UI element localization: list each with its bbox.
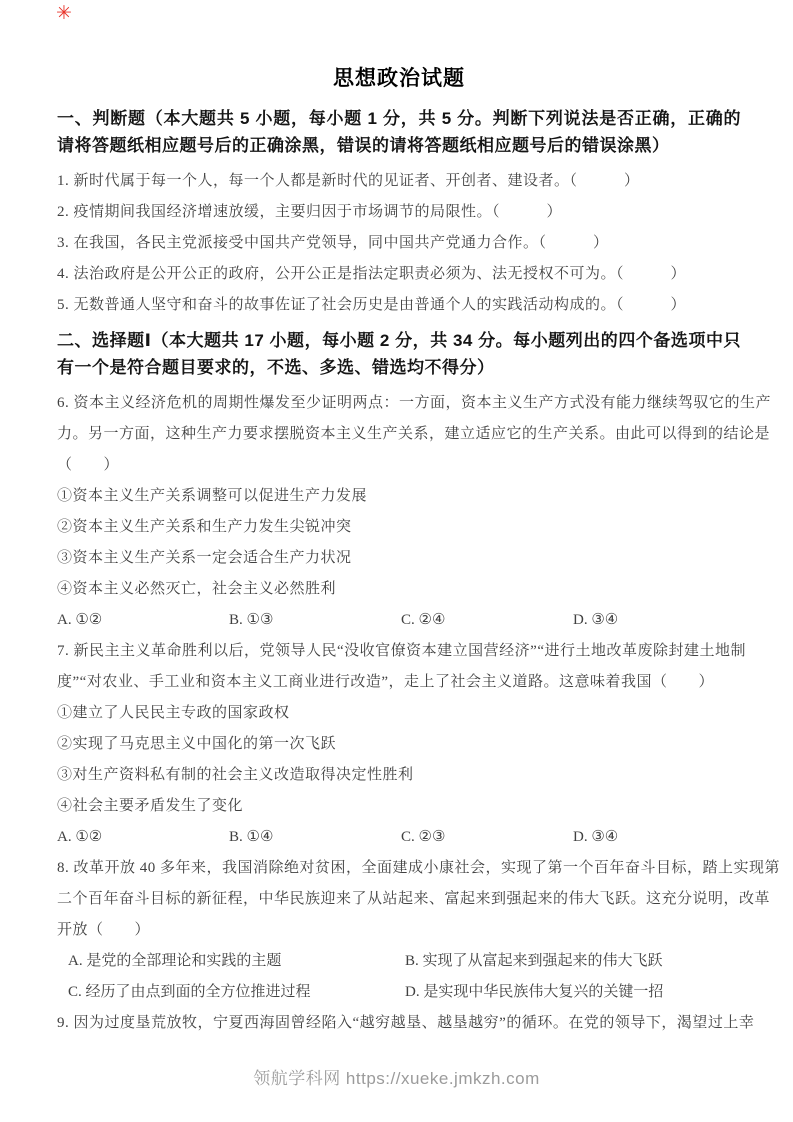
q6-numbered-4: ④资本主义必然灭亡，社会主义必然胜利 <box>57 580 741 598</box>
q7-option-a: A. ①② <box>57 828 229 846</box>
watermark-footer: 领航学科网 https://xueke.jmkzh.com <box>0 1068 793 1090</box>
q6-option-a: A. ①② <box>57 611 229 629</box>
q6-numbered-1: ①资本主义生产关系调整可以促进生产力发展 <box>57 487 741 505</box>
section-choice-heading: 二、选择题Ⅰ（本大题共 17 小题，每小题 2 分，共 34 分。每小题列出的四… <box>57 327 741 381</box>
q8-option-a: A. 是党的全部理论和实践的主题 <box>68 952 405 970</box>
judgment-item-5: 5. 无数普通人坚守和奋斗的故事佐证了社会历史是由普通个人的实践活动构成的。（ … <box>57 296 741 314</box>
q8-options-row-1: A. 是党的全部理论和实践的主题 B. 实现了从富起来到强起来的伟大飞跃 <box>57 952 741 970</box>
q6-option-d: D. ③④ <box>573 611 618 629</box>
q8-option-c: C. 经历了由点到面的全方位推进过程 <box>68 983 405 1001</box>
q8-stem-line: 开放（ ） <box>57 921 741 939</box>
q7-stem-line: 7. 新民主主义革命胜利以后，党领导人民“没收官僚资本建立国营经济”“进行土地改… <box>57 642 741 660</box>
judgment-item-1: 1. 新时代属于每一个人，每一个人都是新时代的见证者、开创者、建设者。（ ） <box>57 172 741 190</box>
judgment-item-2: 2. 疫情期间我国经济增速放缓，主要归因于市场调节的局限性。（ ） <box>57 203 741 221</box>
q8-stem-line: 8. 改革开放 40 多年来，我国消除绝对贫困，全面建成小康社会，实现了第一个百… <box>57 859 741 877</box>
q6-stem-line: （ ） <box>57 456 741 474</box>
q6-numbered-3: ③资本主义生产关系一定会适合生产力状况 <box>57 549 741 567</box>
q8-option-b: B. 实现了从富起来到强起来的伟大飞跃 <box>405 952 663 970</box>
section-judgment-heading: 一、判断题（本大题共 5 小题，每小题 1 分，共 5 分。判断下列说法是否正确… <box>57 105 741 159</box>
q7-numbered-1: ①建立了人民民主专政的国家政权 <box>57 704 741 722</box>
exam-paper-page: ✳ 思想政治试题 一、判断题（本大题共 5 小题，每小题 1 分，共 5 分。判… <box>0 0 793 1122</box>
q8-option-d: D. 是实现中华民族伟大复兴的关键一招 <box>405 983 663 1001</box>
q7-option-d: D. ③④ <box>573 828 618 846</box>
judgment-item-3: 3. 在我国，各民主党派接受中国共产党领导，同中国共产党通力合作。（ ） <box>57 234 741 252</box>
q7-numbered-4: ④社会主要矛盾发生了变化 <box>57 797 741 815</box>
q8-stem-line: 二个百年奋斗目标的新征程，中华民族迎来了从站起来、富起来到强起来的伟大飞跃。这充… <box>57 890 741 908</box>
q7-numbered-3: ③对生产资料私有制的社会主义改造取得决定性胜利 <box>57 766 741 784</box>
q7-numbered-2: ②实现了马克思主义中国化的第一次飞跃 <box>57 735 741 753</box>
q8-options-row-2: C. 经历了由点到面的全方位推进过程 D. 是实现中华民族伟大复兴的关键一招 <box>57 983 741 1001</box>
q7-stem-line: 度”“对农业、手工业和资本主义工商业进行改造”，走上了社会主义道路。这意味着我国… <box>57 673 741 691</box>
q7-options-row: A. ①② B. ①④ C. ②③ D. ③④ <box>57 828 741 846</box>
q9-stem-line: 9. 因为过度垦荒放牧，宁夏西海固曾经陷入“越穷越垦、越垦越穷”的循环。在党的领… <box>57 1014 741 1032</box>
page-title: 思想政治试题 <box>57 66 741 92</box>
q6-stem-line: 力。另一方面，这种生产力要求摆脱资本主义生产关系，建立适应它的生产关系。由此可以… <box>57 425 741 443</box>
q7-option-c: C. ②③ <box>401 828 573 846</box>
q6-option-b: B. ①③ <box>229 611 401 629</box>
q6-stem-line: 6. 资本主义经济危机的周期性爆发至少证明两点：一方面，资本主义生产方式没有能力… <box>57 394 741 412</box>
q6-option-c: C. ②④ <box>401 611 573 629</box>
judgment-item-4: 4. 法治政府是公开公正的政府，公开公正是指法定职责必须为、法无授权不可为。（ … <box>57 265 741 283</box>
q6-numbered-2: ②资本主义生产关系和生产力发生尖锐冲突 <box>57 518 741 536</box>
q6-options-row: A. ①② B. ①③ C. ②④ D. ③④ <box>57 611 741 629</box>
q7-option-b: B. ①④ <box>229 828 401 846</box>
document-content: 思想政治试题 一、判断题（本大题共 5 小题，每小题 1 分，共 5 分。判断下… <box>57 0 741 1032</box>
